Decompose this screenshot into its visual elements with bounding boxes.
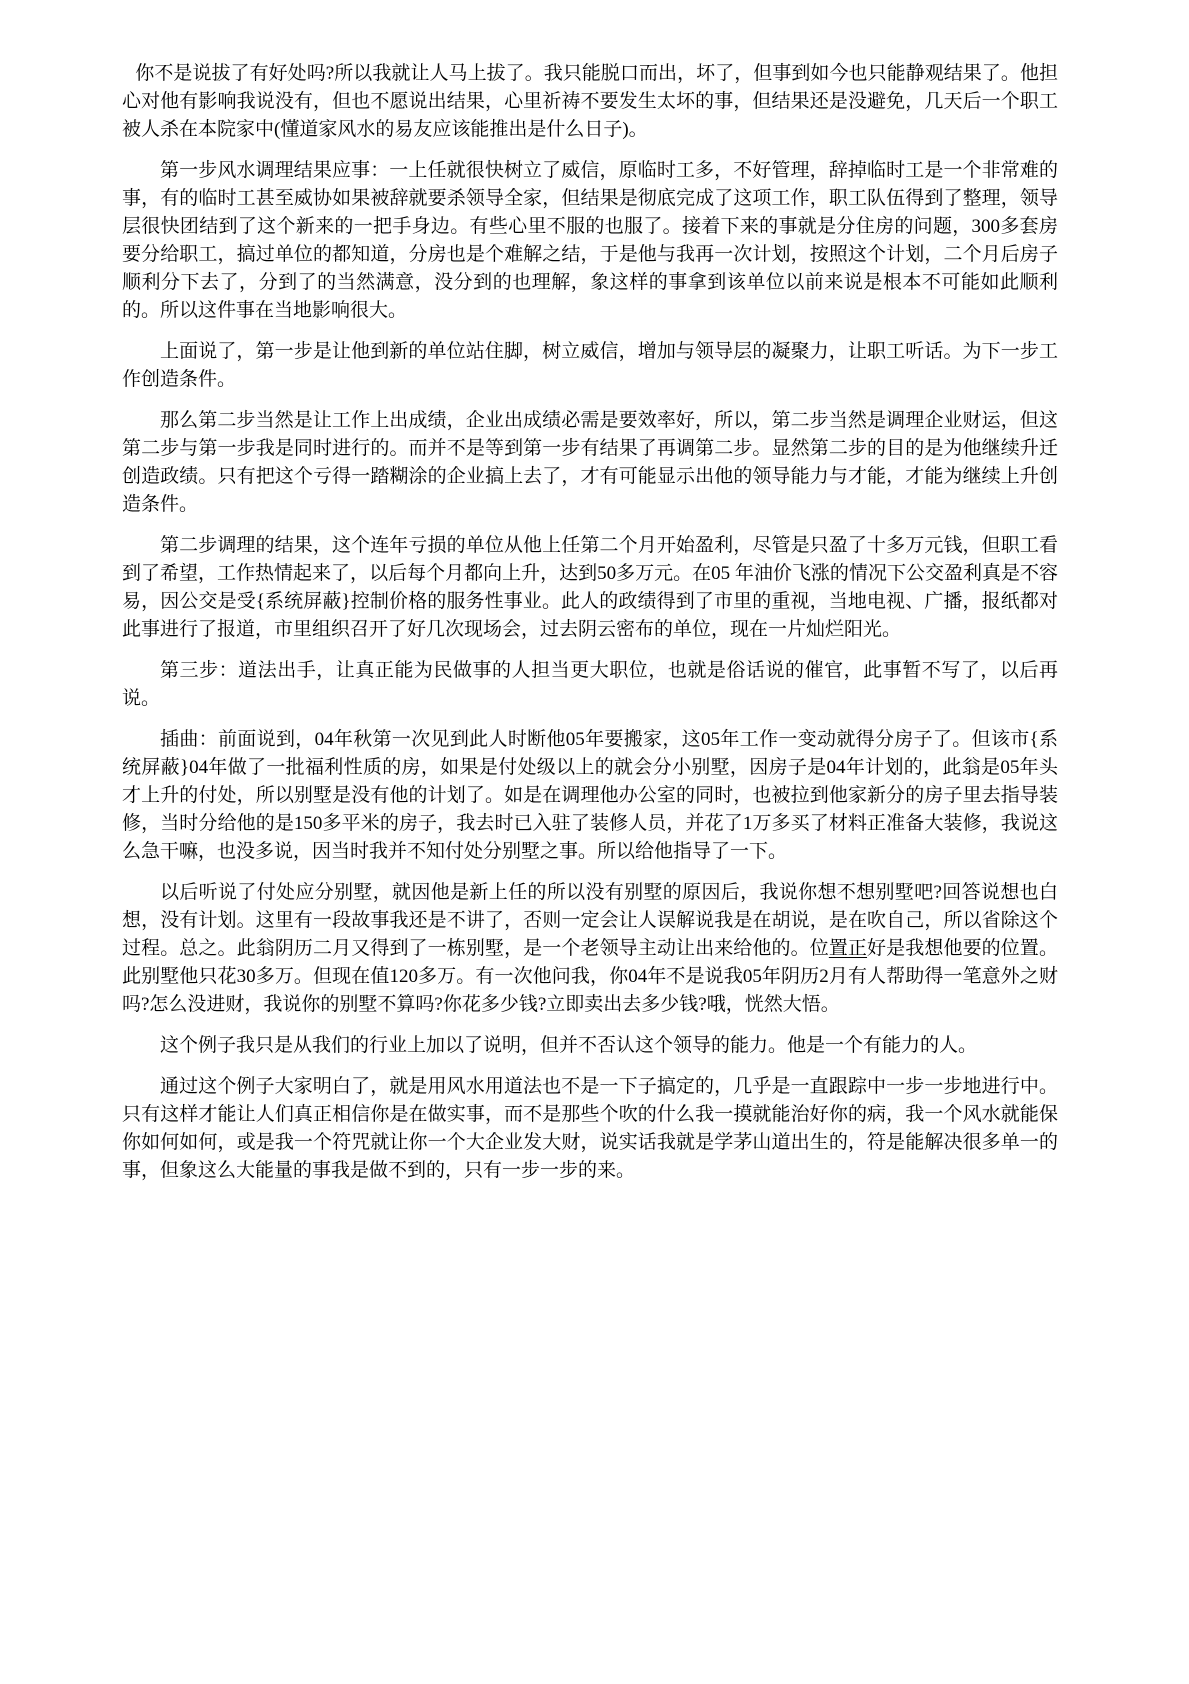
document-page: 你不是说拔了有好处吗?所以我就让人马上拔了。我只能脱口而出，坏了，但事到如今也只… [0, 0, 1189, 1684]
underlined-text: 置正 [829, 938, 867, 959]
paragraph-10: 通过这个例子大家明白了，就是用风水用道法也不是一下子搞定的，几乎是一直跟踪中一步… [122, 1073, 1058, 1185]
paragraph-3: 上面说了，第一步是让他到新的单位站住脚，树立威信，增加与领导层的凝聚力，让职工听… [122, 338, 1058, 394]
paragraph-6: 第三步：道法出手，让真正能为民做事的人担当更大职位，也就是俗话说的催官，此事暂不… [122, 657, 1058, 713]
paragraph-1: 你不是说拔了有好处吗?所以我就让人马上拔了。我只能脱口而出，坏了，但事到如今也只… [122, 60, 1058, 144]
paragraph-9: 这个例子我只是从我们的行业上加以了说明，但并不否认这个领导的能力。他是一个有能力… [122, 1032, 1058, 1060]
paragraph-8: 以后听说了付处应分别墅，就因他是新上任的所以没有别墅的原因后，我说你想不想别墅吧… [122, 879, 1058, 1019]
paragraph-4: 那么第二步当然是让工作上出成绩，企业出成绩必需是要效率好，所以，第二步当然是调理… [122, 407, 1058, 519]
paragraph-7: 插曲：前面说到，04年秋第一次见到此人时断他05年要搬家，这05年工作一变动就得… [122, 726, 1058, 866]
paragraph-2: 第一步风水调理结果应事：一上任就很快树立了威信，原临时工多，不好管理，辞掉临时工… [122, 157, 1058, 325]
document-body: 你不是说拔了有好处吗?所以我就让人马上拔了。我只能脱口而出，坏了，但事到如今也只… [122, 60, 1058, 1198]
paragraph-5: 第二步调理的结果，这个连年亏损的单位从他上任第二个月开始盈利，尽管是只盈了十多万… [122, 532, 1058, 644]
